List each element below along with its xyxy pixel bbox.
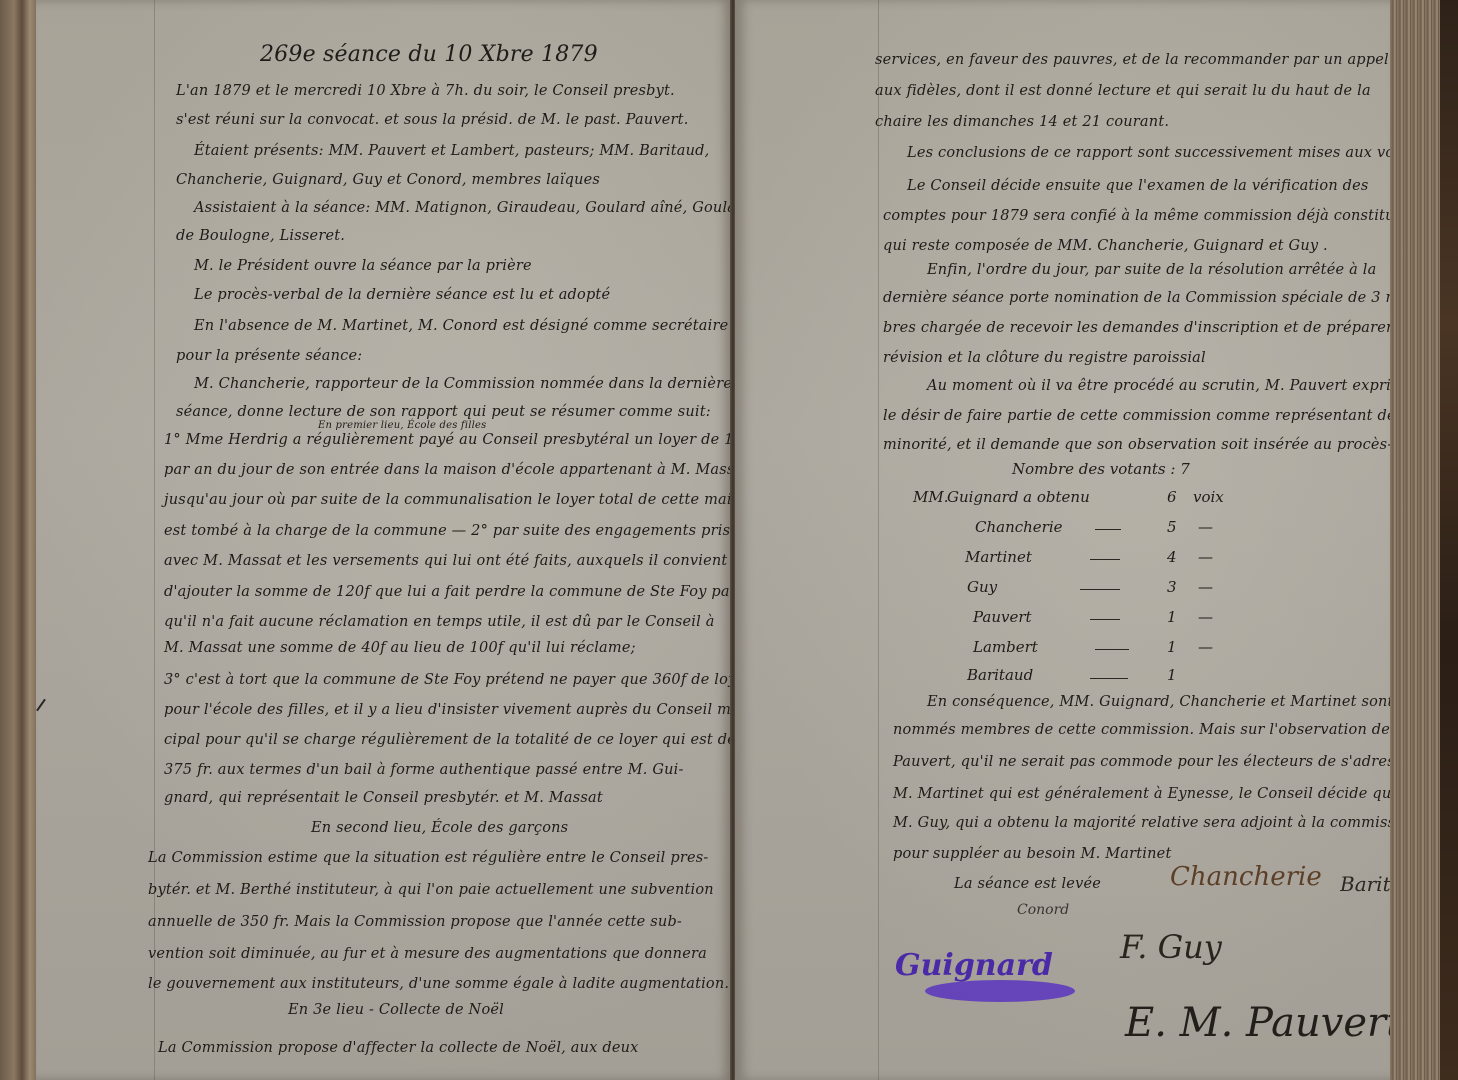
vote-unit: — [1198, 608, 1213, 626]
text-line: nommés membres de cette commission. Mais… [893, 722, 1415, 738]
vote-count: 6 [1167, 488, 1177, 506]
text-line: est tombé à la charge de la commune — 2°… [164, 523, 730, 539]
text-line: séance, donne lecture de son rapport qui… [176, 404, 711, 420]
interlinear-heading: En premier lieu, École des filles [318, 420, 486, 431]
vote-prefix: MM. [913, 488, 949, 506]
ditto-dash [1095, 649, 1129, 650]
text-line: qu'il n'a fait aucune réclamation en tem… [164, 614, 715, 630]
text-line: M. Massat une somme de 40f au lieu de 10… [164, 640, 636, 656]
text-line: comptes pour 1879 sera confié à la même … [883, 208, 1412, 224]
vote-unit: voix [1193, 488, 1224, 506]
text-line: 375 fr. aux termes d'un bail à forme aut… [164, 762, 684, 778]
text-line: En l'absence de M. Martinet, M. Conord e… [194, 318, 728, 334]
vote-count: 5 [1167, 518, 1177, 536]
section-heading: En 3e lieu - Collecte de Noël [288, 1002, 504, 1018]
text-line: Chancherie, Guignard, Guy et Conord, mem… [176, 172, 600, 188]
text-line: Assistaient à la séance: MM. Matignon, G… [194, 200, 753, 216]
text-line: bytér. et M. Berthé instituteur, à qui l… [148, 882, 714, 898]
text-line: Les conclusions de ce rapport sont succe… [907, 145, 1458, 161]
vote-count: 3 [1167, 578, 1177, 596]
signature-conord: Conord [1017, 902, 1069, 918]
text-line: M. Martinet qui est généralement à Eynes… [893, 786, 1400, 802]
vote-name: Guignard a obtenu [947, 488, 1090, 506]
text-line: le désir de faire partie de cette commis… [883, 408, 1414, 424]
text-line: En conséquence, MM. Guignard, Chancherie… [927, 694, 1394, 710]
left-page: 269e séance du 10 Xbre 1879 L'an 1879 et… [36, 0, 733, 1080]
text-line: chaire les dimanches 14 et 21 courant. [875, 114, 1169, 130]
vote-unit: — [1198, 548, 1213, 566]
vote-name: Chancherie [975, 518, 1063, 536]
vote-name: Lambert [973, 638, 1038, 656]
text-line: par an du jour de son entrée dans la mai… [164, 462, 749, 478]
text-line: s'est réuni sur la convocat. et sous la … [176, 112, 689, 128]
signature-chancherie: Chancherie [1170, 862, 1322, 892]
vote-unit: — [1198, 578, 1213, 596]
vote-name: Pauvert [973, 608, 1032, 626]
text-line: aux fidèles, dont il est donné lecture e… [875, 83, 1371, 99]
ditto-dash [1080, 589, 1120, 590]
vote-count: 1 [1167, 608, 1177, 626]
text-line: L'an 1879 et le mercredi 10 Xbre à 7h. d… [176, 83, 675, 99]
signature-guy: F. Guy [1120, 928, 1222, 966]
vote-unit: — [1198, 518, 1213, 536]
ditto-dash [1090, 678, 1128, 679]
text-line: annuelle de 350 fr. Mais la Commission p… [148, 914, 682, 930]
text-line: La Commission estime que la situation es… [148, 850, 708, 866]
session-title: 269e séance du 10 Xbre 1879 [260, 42, 598, 67]
text-line: vention soit diminuée, au fur et à mesur… [148, 946, 707, 962]
signature-guignard: Guignard [895, 948, 1053, 983]
closing-line: La séance est levée [954, 876, 1101, 892]
signature-baritaud: Baritaud aîné [1340, 872, 1395, 896]
text-line: Étaient présents: MM. Pauvert et Lambert… [194, 143, 709, 159]
text-line: La Commission propose d'affecter la coll… [158, 1040, 639, 1056]
text-line: Le procès-verbal de la dernière séance e… [194, 287, 610, 303]
text-line: pour suppléer au besoin M. Martinet [893, 846, 1172, 862]
text-line: pour la présente séance: [176, 348, 362, 364]
text-line: cipal pour qu'il se charge régulièrement… [164, 732, 736, 748]
text-line: 1° Mme Herdrig a régulièrement payé au C… [164, 432, 773, 448]
text-line: pour l'école des filles, et il y a lieu … [164, 702, 760, 718]
text-line: M. Guy, qui a obtenu la majorité relativ… [893, 815, 1419, 831]
text-line: Le Conseil décide ensuite que l'examen d… [907, 178, 1369, 194]
text-line: Enfin, l'ordre du jour, par suite de la … [927, 262, 1376, 278]
ditto-dash [1090, 559, 1120, 560]
ditto-dash [1095, 529, 1121, 530]
text-line: M. le Président ouvre la séance par la p… [194, 258, 532, 274]
right-margin-rule [878, 0, 879, 1080]
vote-count: 4 [1167, 548, 1177, 566]
votants-header: Nombre des votants : 7 [1012, 460, 1190, 478]
text-line: services, en faveur des pauvres, et de l… [875, 52, 1389, 68]
signature-pauvert: E. M. Pauvert [1125, 1000, 1402, 1046]
ditto-dash [1090, 619, 1120, 620]
vote-count: 1 [1167, 638, 1177, 656]
text-line: dernière séance porte nomination de la C… [883, 290, 1427, 306]
signature-flourish [925, 980, 1075, 1002]
vote-name: Guy [967, 578, 997, 596]
book-cover-edge [1440, 0, 1458, 1080]
vote-unit: — [1198, 638, 1213, 656]
text-line: avec M. Massat et les versements qui lui… [164, 553, 727, 569]
section-heading: En second lieu, École des garçons [311, 820, 568, 836]
text-line: 3° c'est à tort que la commune de Ste Fo… [164, 672, 752, 688]
text-line: jusqu'au jour où par suite de la communa… [164, 492, 758, 508]
text-line: minorité, et il demande que son observat… [883, 437, 1440, 453]
text-line: Pauvert, qu'il ne serait pas commode pou… [893, 754, 1432, 770]
vote-name: Baritaud [967, 666, 1033, 684]
open-register: 269e séance du 10 Xbre 1879 L'an 1879 et… [0, 0, 1458, 1080]
text-line: bres chargée de recevoir les demandes d'… [883, 320, 1412, 336]
right-page: services, en faveur des pauvres, et de l… [735, 0, 1390, 1080]
vote-count: 1 [1167, 666, 1177, 684]
text-line: M. Chancherie, rapporteur de la Commissi… [194, 376, 732, 392]
text-line: de Boulogne, Lisseret. [176, 228, 345, 244]
margin-mark [36, 699, 46, 712]
text-line: gnard, qui représentait le Conseil presb… [164, 790, 603, 806]
vote-name: Martinet [965, 548, 1032, 566]
text-line: le gouvernement aux instituteurs, d'une … [148, 976, 729, 992]
text-line: d'ajouter la somme de 120f que lui a fai… [164, 584, 754, 600]
text-line: Au moment où il va être procédé au scrut… [927, 378, 1414, 394]
text-line: qui reste composée de MM. Chancherie, Gu… [883, 238, 1328, 254]
text-line: révision et la clôture du registre paroi… [883, 350, 1206, 366]
